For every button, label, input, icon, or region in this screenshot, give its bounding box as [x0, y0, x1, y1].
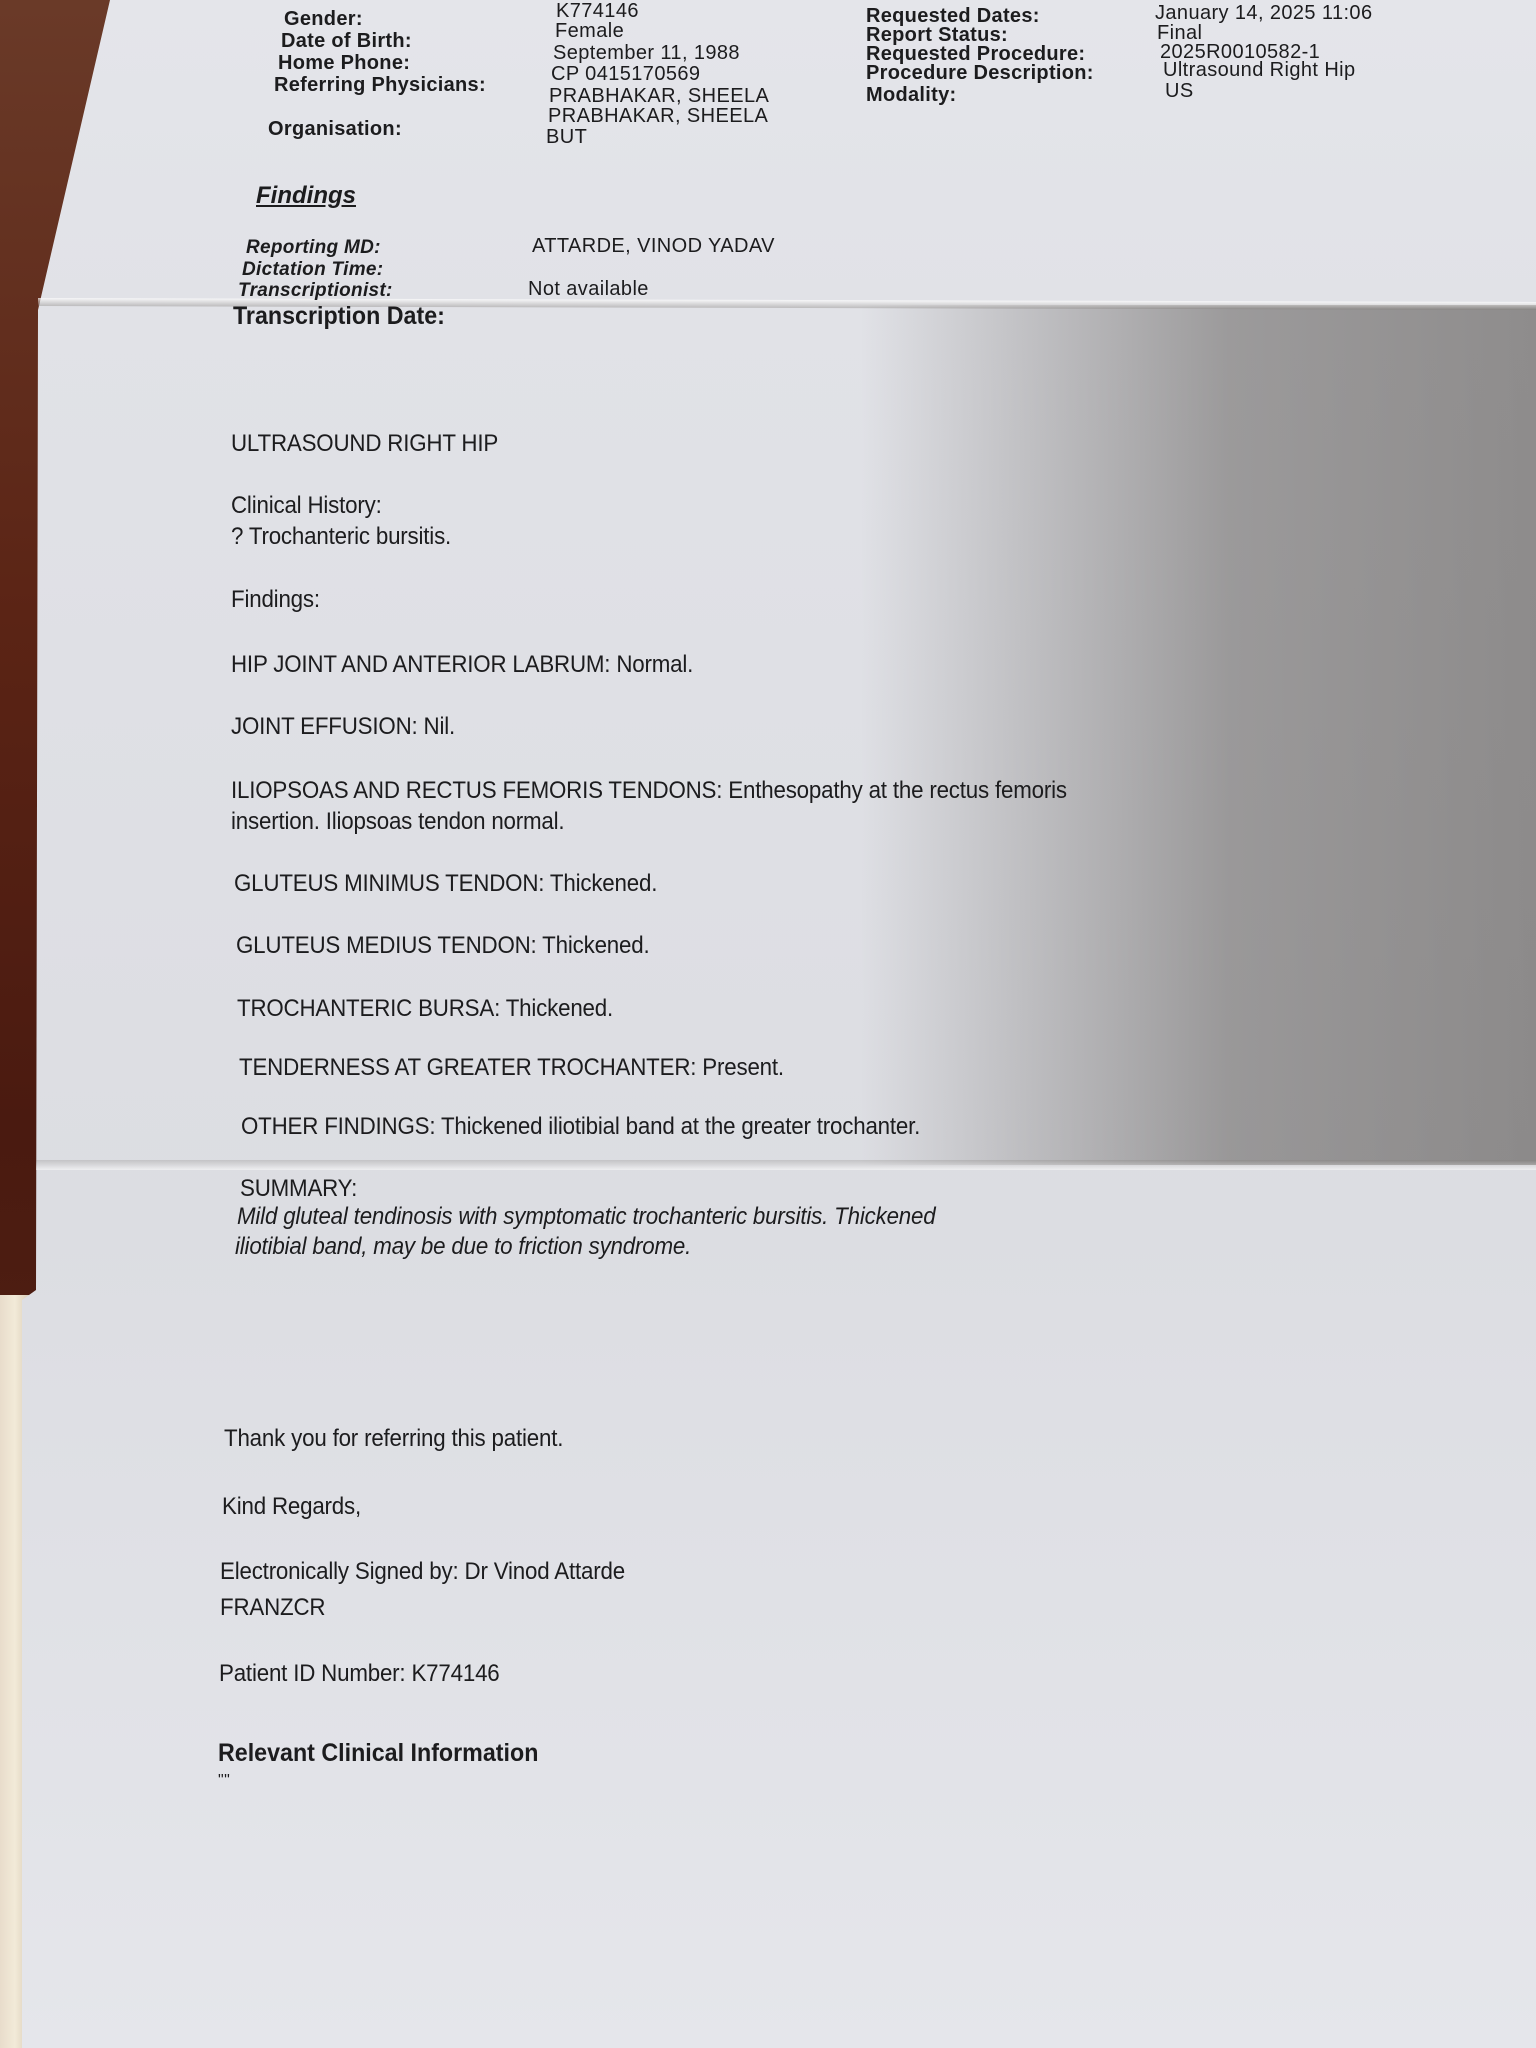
modality-value: US — [1165, 80, 1194, 103]
signed-by-line: Electronically Signed by: Dr Vinod Attar… — [220, 1558, 625, 1586]
finding-iliopsoas-line1: ILIOPSOAS AND RECTUS FEMORIS TENDONS: En… — [231, 777, 1067, 805]
finding-iliopsoas-line2: insertion. Iliopsoas tendon normal. — [231, 808, 564, 836]
thanks-line: Thank you for referring this patient. — [224, 1425, 563, 1453]
finding-other: OTHER FINDINGS: Thickened iliotibial ban… — [241, 1113, 920, 1141]
summary-line-2: iliotibial band, may be due to friction … — [235, 1233, 691, 1261]
findings-heading: Findings — [256, 182, 356, 210]
dob-value: September 11, 1988 — [553, 42, 740, 65]
modality-label: Modality: — [866, 84, 956, 107]
finding-gluteus-medius: GLUTEUS MEDIUS TENDON: Thickened. — [236, 932, 650, 960]
credentials-line: FRANZCR — [220, 1594, 325, 1622]
findings-label: Findings: — [231, 586, 320, 614]
finding-joint-effusion: JOINT EFFUSION: Nil. — [231, 713, 455, 741]
relevant-clinical-info-heading: Relevant Clinical Information — [218, 1739, 538, 1768]
procedure-description-value: Ultrasound Right Hip — [1163, 59, 1356, 82]
dictation-time-label: Dictation Time: — [242, 259, 383, 281]
summary-line-1: Mild gluteal tendinosis with symptomatic… — [237, 1203, 935, 1231]
organisation-value: BUT — [546, 126, 587, 149]
referring-physician-2: PRABHAKAR, SHEELA — [548, 105, 768, 128]
report-title: ULTRASOUND RIGHT HIP — [231, 430, 498, 458]
regards-line: Kind Regards, — [222, 1493, 361, 1521]
relevant-clinical-info-value: "" — [218, 1772, 230, 1790]
clinical-history-text: ? Trochanteric bursitis. — [231, 523, 451, 551]
finding-gluteus-minimus: GLUTEUS MINIMUS TENDON: Thickened. — [234, 870, 657, 898]
reporting-md-value: ATTARDE, VINOD YADAV — [532, 235, 775, 258]
clinical-history-label: Clinical History: — [231, 492, 382, 520]
finding-trochanteric-bursa: TROCHANTERIC BURSA: Thickened. — [237, 995, 613, 1023]
home-phone-value: CP 0415170569 — [551, 63, 700, 86]
finding-hip-joint: HIP JOINT AND ANTERIOR LABRUM: Normal. — [231, 651, 693, 679]
transcriptionist-label: Transcriptionist: — [238, 280, 393, 302]
transcriptionist-value: Not available — [528, 278, 649, 301]
organisation-label: Organisation: — [268, 118, 402, 141]
reporting-md-label: Reporting MD: — [246, 237, 381, 259]
summary-label: SUMMARY: — [240, 1175, 357, 1203]
transcription-date-label: Transcription Date: — [233, 302, 445, 331]
paper-fold-middle — [36, 1160, 1536, 1170]
gender-label: Gender: — [284, 8, 363, 31]
gender-value: Female — [555, 20, 624, 43]
patient-id-line: Patient ID Number: K774146 — [219, 1660, 500, 1688]
finding-tenderness: TENDERNESS AT GREATER TROCHANTER: Presen… — [239, 1054, 784, 1082]
home-phone-label: Home Phone: — [278, 52, 410, 75]
referring-physicians-label: Referring Physicians: — [274, 74, 486, 97]
dob-label: Date of Birth: — [281, 30, 412, 53]
procedure-description-label: Procedure Description: — [866, 62, 1094, 85]
